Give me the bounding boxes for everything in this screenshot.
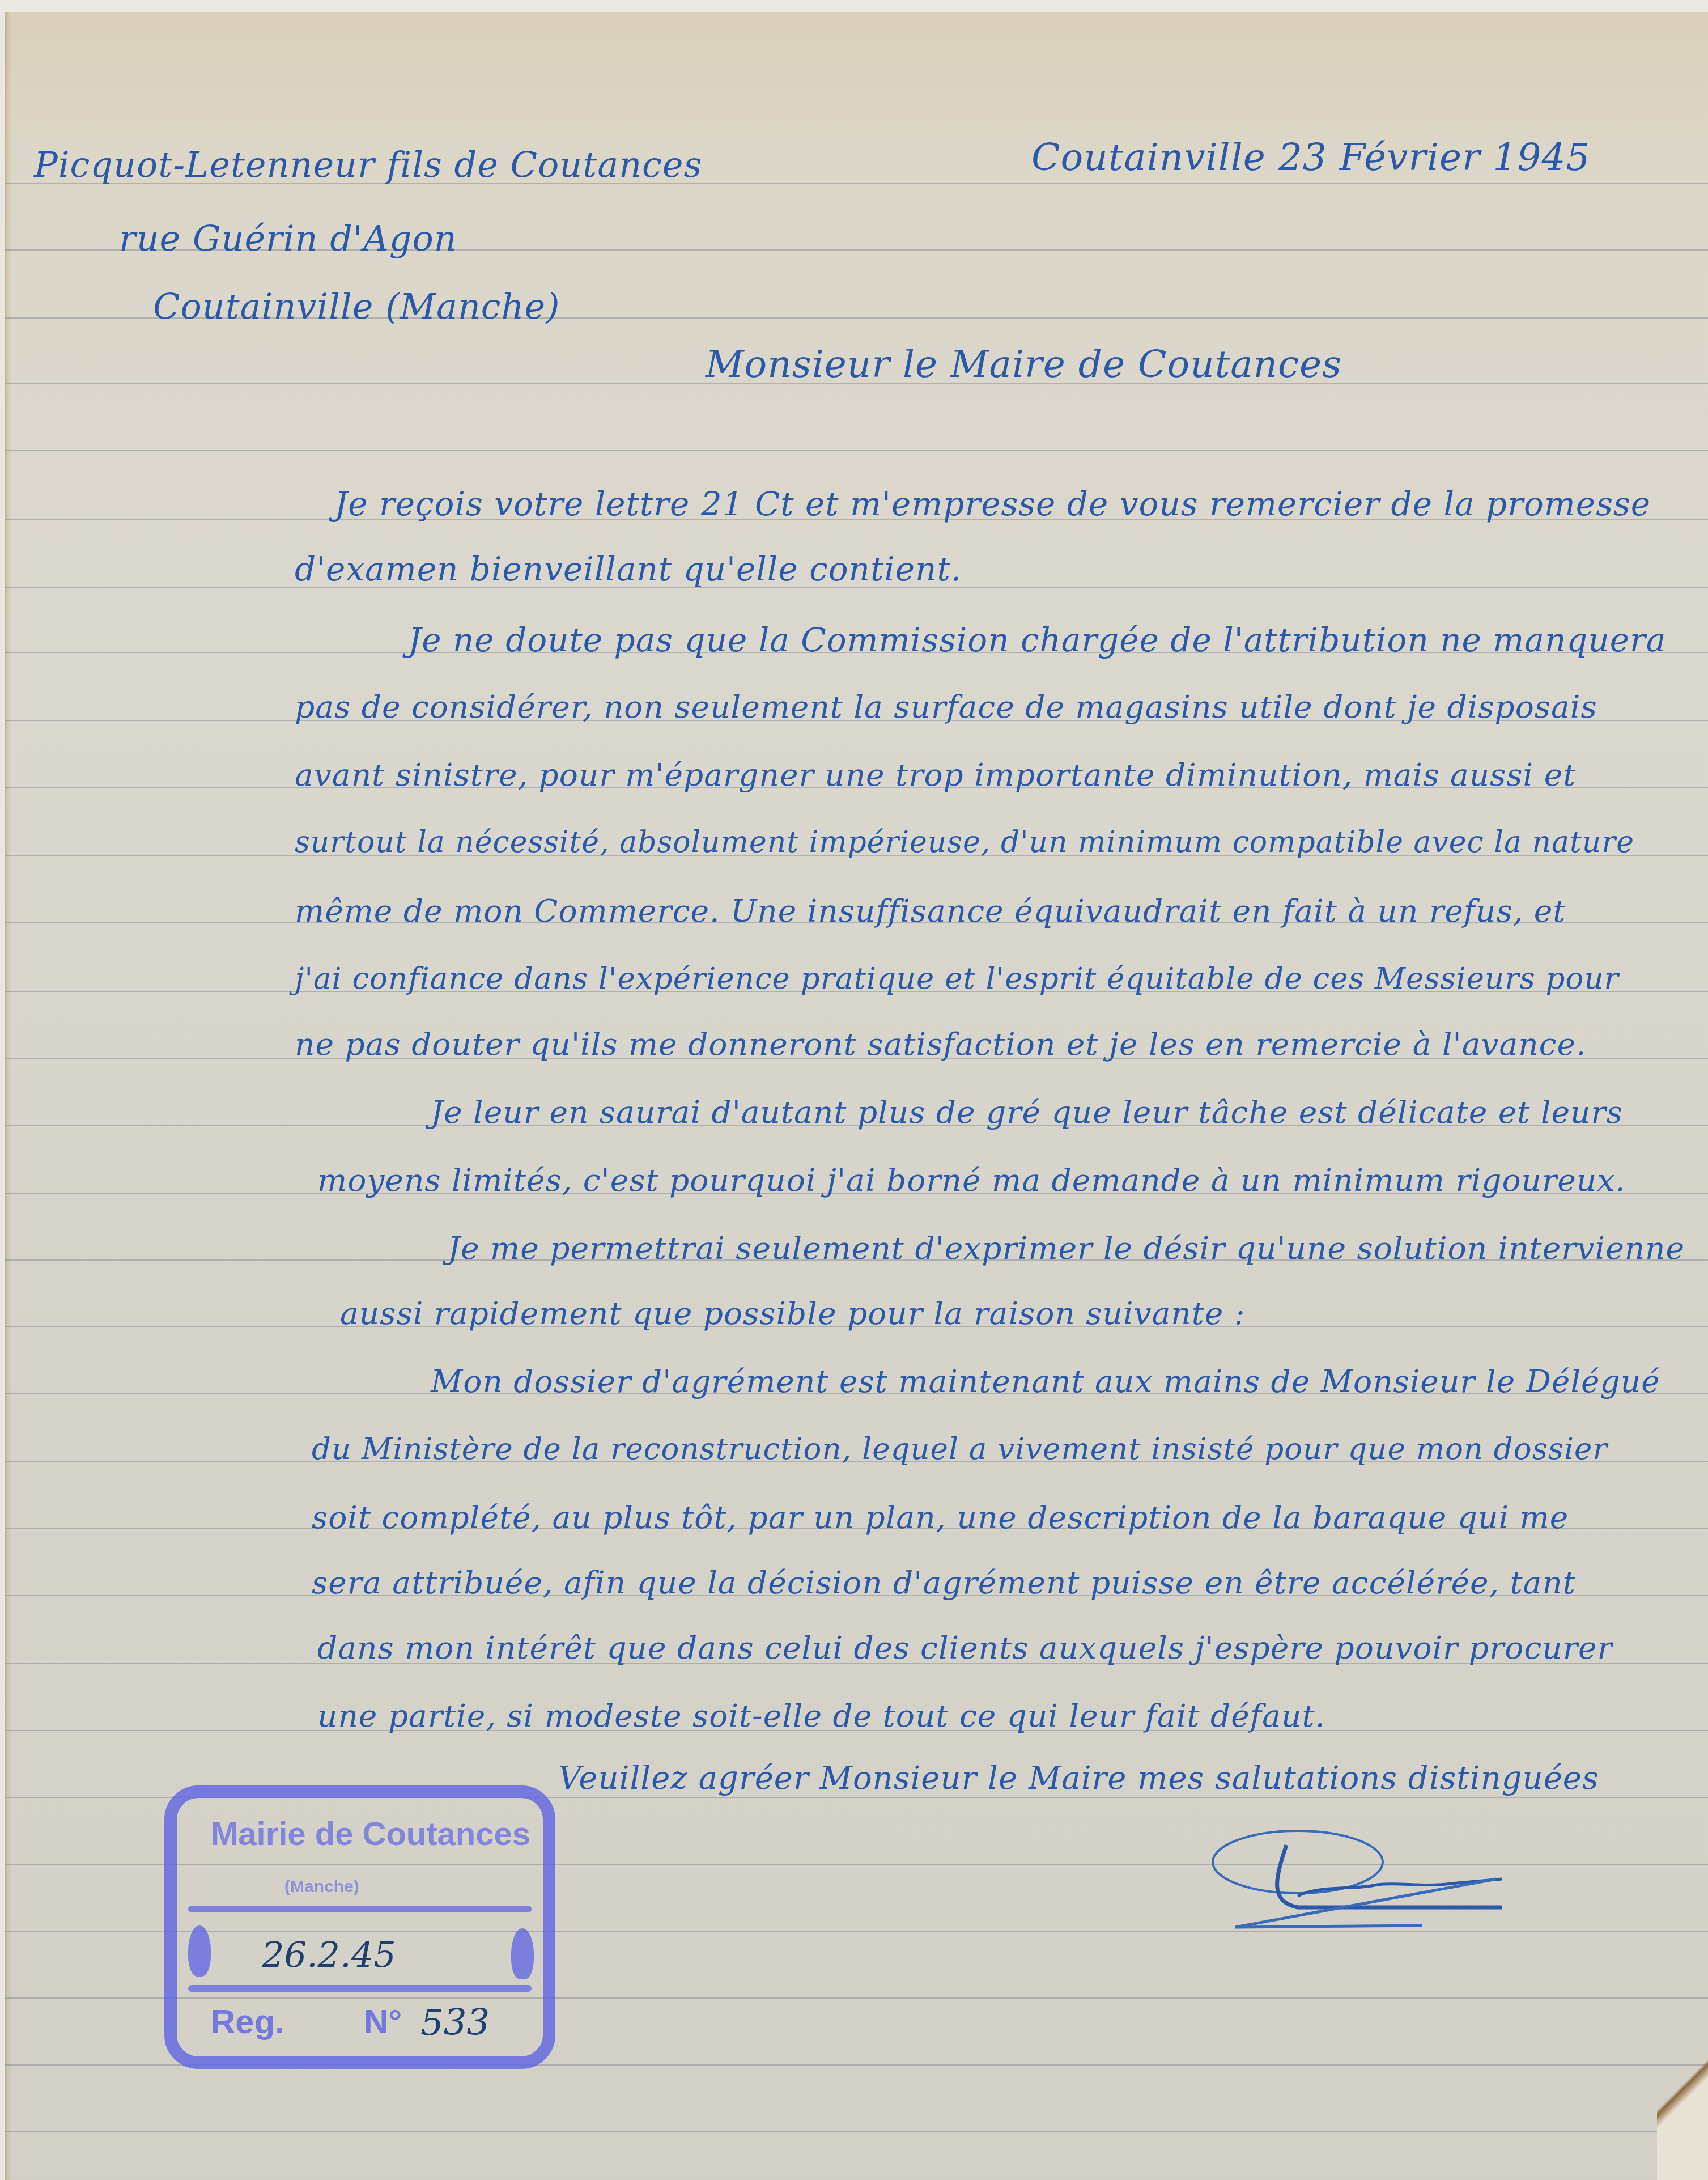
recipient-salutation: Monsieur le Maire de Coutances (706, 346, 1342, 383)
body-line: avant sinistre, pour m'épargner une trop… (295, 760, 1576, 791)
sender-name: Picquot-Letenneur fils de Coutances (34, 147, 702, 183)
stamp-fleur-ornament-icon (188, 1925, 211, 1977)
body-line: une partie, si modeste soit-elle de tout… (317, 1700, 1325, 1732)
stamp-divider (188, 1985, 532, 1992)
sender-street: rue Guérin d'Agon (119, 221, 457, 256)
body-line: sera attribuée, afin que la décision d'a… (312, 1567, 1576, 1598)
stamp-date: 26.2.45 (262, 1934, 396, 1975)
ruled-line (5, 2131, 1708, 2132)
page-corner-curl (1657, 1999, 1708, 2180)
place-date: Coutainville 23 Février 1945 (1031, 139, 1591, 176)
body-line: aussi rapidement que possible pour la ra… (340, 1298, 1245, 1329)
stamp-number: 533 (420, 2002, 490, 2044)
body-line: du Ministère de la reconstruction, leque… (312, 1434, 1608, 1464)
body-line: Mon dossier d'agrément est maintenant au… (431, 1366, 1660, 1397)
sender-city: Coutainville (Manche) (153, 289, 560, 324)
body-line: Je me permettrai seulement d'exprimer le… (448, 1233, 1685, 1264)
signature: P. Letenneur (1207, 1822, 1536, 1936)
mairie-registration-stamp: Mairie de Coutances (Manche) 26.2.45 Reg… (164, 1785, 555, 2069)
body-line: pas de considérer, non seulement la surf… (295, 692, 1597, 723)
body-line: Je leur en saurai d'autant plus de gré q… (431, 1097, 1623, 1128)
stamp-divider (188, 1906, 532, 1912)
stamp-subtitle: (Manche) (284, 1877, 359, 1897)
stamp-number-label: N° (364, 2002, 402, 2041)
stamp-reg-label: Reg. (211, 2002, 284, 2041)
body-line: Je reçois votre lettre 21 Ct et m'empres… (334, 487, 1651, 520)
stamp-fleur-ornament-icon (511, 1928, 534, 1979)
body-line: même de mon Commerce. Une insuffisance é… (295, 896, 1566, 927)
body-line: ne pas douter qu'ils me donneront satisf… (295, 1029, 1587, 1060)
body-line: dans mon intérêt que dans celui des clie… (317, 1632, 1613, 1664)
ruled-line (5, 450, 1708, 451)
body-line: Je ne doute pas que la Commission chargé… (408, 624, 1666, 656)
body-line: j'ai confiance dans l'expérience pratiqu… (295, 964, 1619, 994)
body-line: moyens limités, c'est pourquoi j'ai born… (317, 1165, 1626, 1196)
closing-formula: Veuillez agréer Monsieur le Maire mes sa… (558, 1763, 1599, 1795)
body-line: soit complété, au plus tôt, par un plan,… (312, 1502, 1569, 1533)
stamp-title: Mairie de Coutances (211, 1815, 530, 1853)
body-line: surtout la nécessité, absolument impérie… (295, 828, 1634, 857)
body-line: d'examen bienveillant qu'elle contient. (295, 553, 962, 586)
